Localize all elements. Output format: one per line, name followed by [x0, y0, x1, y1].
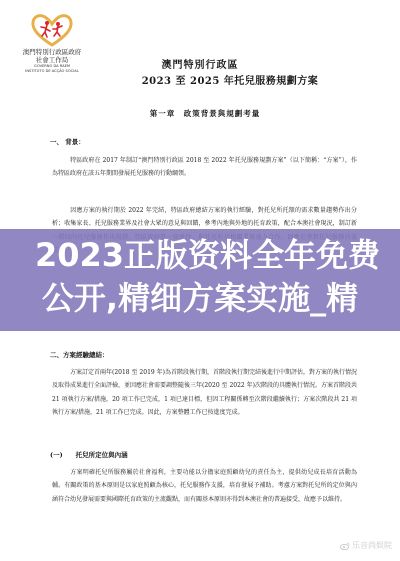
section-heading-summary: 二、方案經驗總結： [50, 350, 109, 359]
paragraph-positioning: 方案明確托兒所服務屬於社會福利，主要功能以分擔家庭照顧幼兒的責任為主，提供幼兒成… [52, 466, 357, 506]
subsection-heading-positioning: (一) 托兒所定位與內涵 [50, 450, 128, 459]
paragraph-text: 方案明確托兒所服務屬於社會福利，主要功能以分擔家庭照顧幼兒的責任為主，提供幼兒成… [52, 469, 357, 503]
chapter-heading: 第一章 政策背景與規劃考量 [0, 108, 400, 119]
paragraph-text: 特區政府在 2017 年制訂“澳門特別行政區 2018 至 2022 年托兒服務… [52, 157, 357, 177]
banner-headline-line1: 2023正版资料全年免费 [0, 234, 400, 276]
section-heading-background: 一、 背景： [50, 137, 85, 146]
document-title-line1: 澳門特別行政區 [0, 56, 400, 71]
paragraph-summary: 方案訂定首兩年(2018 至 2019 年)為首階段執行期，首階段執行期完結後進… [52, 366, 357, 420]
heart-family-logo-icon [30, 12, 74, 48]
paragraph-text: 方案訂定首兩年(2018 至 2019 年)為首階段執行期，首階段執行期完結後進… [52, 369, 357, 416]
document-page: 澳門特別行政區政府 社會工作局 GOVERNO DA RAEM INSTITUT… [0, 0, 400, 561]
document-title-line2: 2023 至 2025 年托兒服務規劃方案 [0, 72, 400, 87]
watermark: 乐音尚娱院 [340, 540, 392, 551]
watermark-text: 乐音尚娱院 [352, 540, 392, 551]
logo-org-cn-1: 澳門特別行政區政府 [14, 48, 90, 56]
paragraph-background-1: 特區政府在 2017 年制訂“澳門特別行政區 2018 至 2022 年托兒服務… [52, 154, 357, 181]
weibo-icon [340, 542, 350, 550]
banner-headline-line2: 公开,精细方案实施_精 [0, 277, 400, 319]
